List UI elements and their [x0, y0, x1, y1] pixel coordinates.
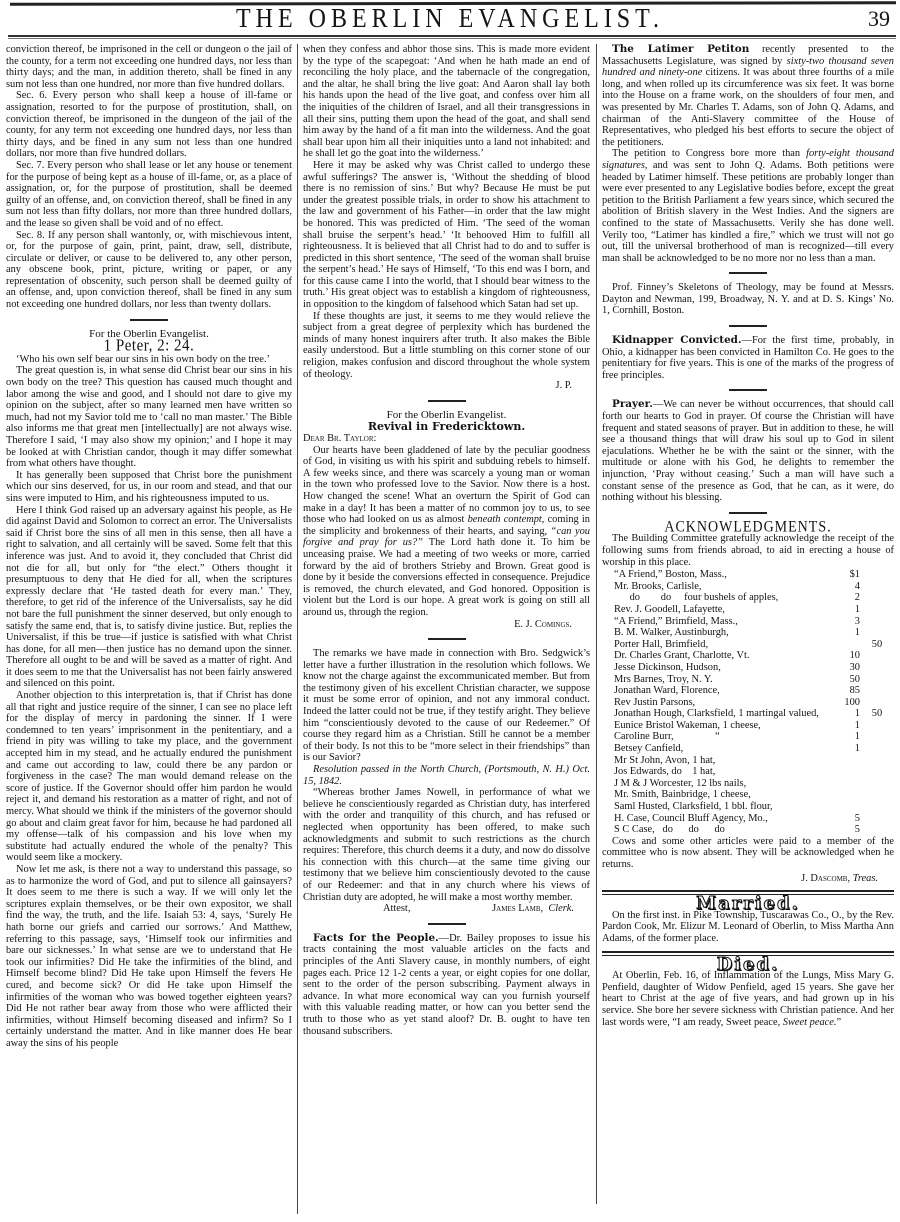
article-epigraph: ‘Who his own self bear our sins in his o… [6, 354, 292, 366]
died-heading: Died. [602, 959, 894, 971]
article-paragraph: Here I think God raised up an adversary … [6, 505, 292, 691]
list-item: Dr. Charles Grant, Charlotte, Vt.10 [602, 650, 894, 662]
facts-text: —Dr. Bailey proposes to issue his tracts… [303, 933, 590, 1037]
list-item: do do four bushels of apples,2 [602, 592, 894, 604]
latimer-paragraph-2: The petition to Congress bore more than … [602, 148, 894, 264]
article-paragraph: Here it may be asked why was Christ call… [303, 160, 590, 311]
article-paragraph: If these thoughts are just, it seems to … [303, 311, 590, 381]
acknowledgments-intro: The Building Committee gratefully acknow… [602, 533, 894, 568]
article-headline: 1 Peter, 2: 24. [6, 341, 292, 354]
masthead-rule [8, 35, 896, 39]
kidnapper-lead: Kidnapper Convicted. [612, 334, 742, 346]
list-item: Jonathan Hough, Clarksfield, 1 martingal… [602, 708, 894, 720]
article-paragraph: It has generally been supposed that Chri… [6, 470, 292, 505]
prayer-lead: Prayer. [612, 398, 653, 410]
section-separator [428, 400, 466, 402]
section-separator [428, 923, 466, 925]
attest-name: James Lamb, [492, 903, 543, 914]
prayer-paragraph: Prayer.—We can never be without occurren… [602, 399, 894, 503]
column-3: The Latimer Petiton recently presented t… [602, 44, 894, 1216]
column-divider [297, 44, 298, 1214]
list-item: H. Case, Council Bluff Agency, Mo.,5 [602, 813, 894, 825]
attest-role: Clerk. [548, 903, 574, 914]
prayer-text: —We can never be without occurrences, th… [602, 399, 894, 503]
latimer-text: , and was sent to John Q. Adams. Both pe… [602, 160, 894, 264]
revival-signature: E. J. Comings. [303, 619, 590, 631]
law-paragraph: Sec. 7. Every person who shall lease or … [6, 160, 292, 230]
column-2: when they confess and abhor those sins. … [303, 44, 590, 1216]
died-text: At Oberlin, Feb. 16, of Inflammation of … [602, 970, 894, 1027]
list-item: B. M. Walker, Austinburgh,1 [602, 627, 894, 639]
section-separator [428, 638, 466, 640]
article-paragraph: Now let me ask, is there not a way to un… [6, 864, 292, 1050]
revival-text: The Lord hath done it. To him be unceasi… [303, 537, 590, 618]
acknowledgments-signature: J. Dascomb, Treas. [602, 873, 894, 885]
kidnapper-paragraph: Kidnapper Convicted.—For the first time,… [602, 335, 894, 381]
facts-paragraph: Facts for the People.—Dr. Bailey propose… [303, 933, 590, 1037]
facts-lead: Facts for the People. [313, 932, 439, 944]
section-separator [729, 512, 767, 514]
article-signature: J. P. [303, 380, 590, 392]
revival-body: Our hearts have been gladdened of late b… [303, 445, 590, 619]
treasurer-name: J. Dascomb, [801, 873, 850, 884]
list-item: Jesse Dickinson, Hudson,30 [602, 662, 894, 674]
revival-text: Our hearts have been gladdened of late b… [303, 445, 590, 526]
section-separator [729, 389, 767, 391]
article-paragraph: Another objection to this interpretation… [6, 690, 292, 864]
revival-italic: beneath contempt [468, 514, 542, 525]
married-notice: On the first inst. in Pike Township, Tus… [602, 910, 894, 945]
list-item: S C Case, do do do5 [602, 824, 894, 836]
attest-line: Attest, James Lamb, Clerk. [303, 903, 590, 915]
article-paragraph: The great question is, in what sense did… [6, 365, 292, 469]
list-item: Saml Husted, Clarksfield, 1 bbl. flour, [602, 801, 894, 813]
died-notice: At Oberlin, Feb. 16, of Inflammation of … [602, 970, 894, 1028]
law-paragraph: Sec. 6. Every person who shall keep a ho… [6, 90, 292, 160]
revival-headline: Revival in Fredericktown. [303, 421, 590, 433]
revival-salutation: Dear Br. Taylor: [303, 433, 590, 445]
died-text: ” [836, 1017, 841, 1028]
resolution-text: “Whereas brother James Nowell, in perfor… [303, 787, 590, 903]
latimer-text: citizens. It was about three fourths of … [602, 67, 894, 148]
list-item: Betsey Canfield,1 [602, 743, 894, 755]
list-item: Rev. J. Goodell, Lafayette,1 [602, 604, 894, 616]
latimer-paragraph: The Latimer Petiton recently presented t… [602, 44, 894, 148]
died-italic: Sweet peace. [783, 1017, 837, 1028]
list-item: Jonathan Ward, Florence,85 [602, 685, 894, 697]
list-item: Caroline Burr, “1 [602, 731, 894, 743]
resolution-heading-text: Resolution passed in the North Church, (… [303, 764, 590, 787]
law-paragraph: conviction thereof, be imprisoned in the… [6, 44, 292, 90]
list-item: Mr. Brooks, Carlisle,4 [602, 581, 894, 593]
latimer-lead: The Latimer Petiton [612, 44, 749, 55]
list-item: Mr St John, Avon, 1 hat, [602, 755, 894, 767]
section-separator [729, 272, 767, 274]
section-separator [729, 325, 767, 327]
newspaper-title: THE OBERLIN EVANGELIST. [236, 4, 664, 35]
attest-label: Attest, [383, 903, 410, 915]
latimer-text: The petition to Congress bore more than [612, 148, 806, 159]
finney-notice: Prof. Finney’s Skeletons of Theology, ma… [602, 282, 894, 317]
list-item: Mr. Smith, Bainbridge, 1 cheese, [602, 789, 894, 801]
page-number: 39 [868, 6, 890, 32]
list-item: Eunice Bristol Wakeman, 1 cheese,1 [602, 720, 894, 732]
column-1: conviction thereof, be imprisoned in the… [6, 44, 292, 1216]
acknowledgments-list: “A Friend,” Boston, Mass.,$1 Mr. Brooks,… [602, 569, 894, 836]
treasurer-role: Treas. [853, 873, 878, 884]
masthead: THE OBERLIN EVANGELIST. 39 [0, 6, 900, 32]
list-item: Mrs Barnes, Troy, N. Y.50 [602, 674, 894, 686]
remarks-paragraph: The remarks we have made in connection w… [303, 648, 590, 764]
acknowledgments-closing: Cows and some other articles were paid t… [602, 836, 894, 871]
column-divider [596, 44, 597, 1204]
acknowledgments-title: ACKNOWLEDGMENTS. [602, 521, 894, 534]
list-item: “A Friend,” Brimfield, Mass.,3 [602, 616, 894, 628]
list-item: Rev Justin Parsons,100 [602, 697, 894, 709]
list-item: Jos Edwards, do 1 hat, [602, 766, 894, 778]
article-paragraph: when they confess and abhor those sins. … [303, 44, 590, 160]
married-heading: Married. [602, 898, 894, 910]
list-item: J M & J Worcester, 12 lbs nails, [602, 778, 894, 790]
list-item: “A Friend,” Boston, Mass.,$1 [602, 569, 894, 581]
section-separator [130, 319, 168, 321]
resolution-heading: Resolution passed in the North Church, (… [303, 764, 590, 787]
list-item: Porter Hall, Brimfield,50 [602, 639, 894, 651]
law-paragraph: Sec. 8. If any person shall wantonly, or… [6, 230, 292, 311]
